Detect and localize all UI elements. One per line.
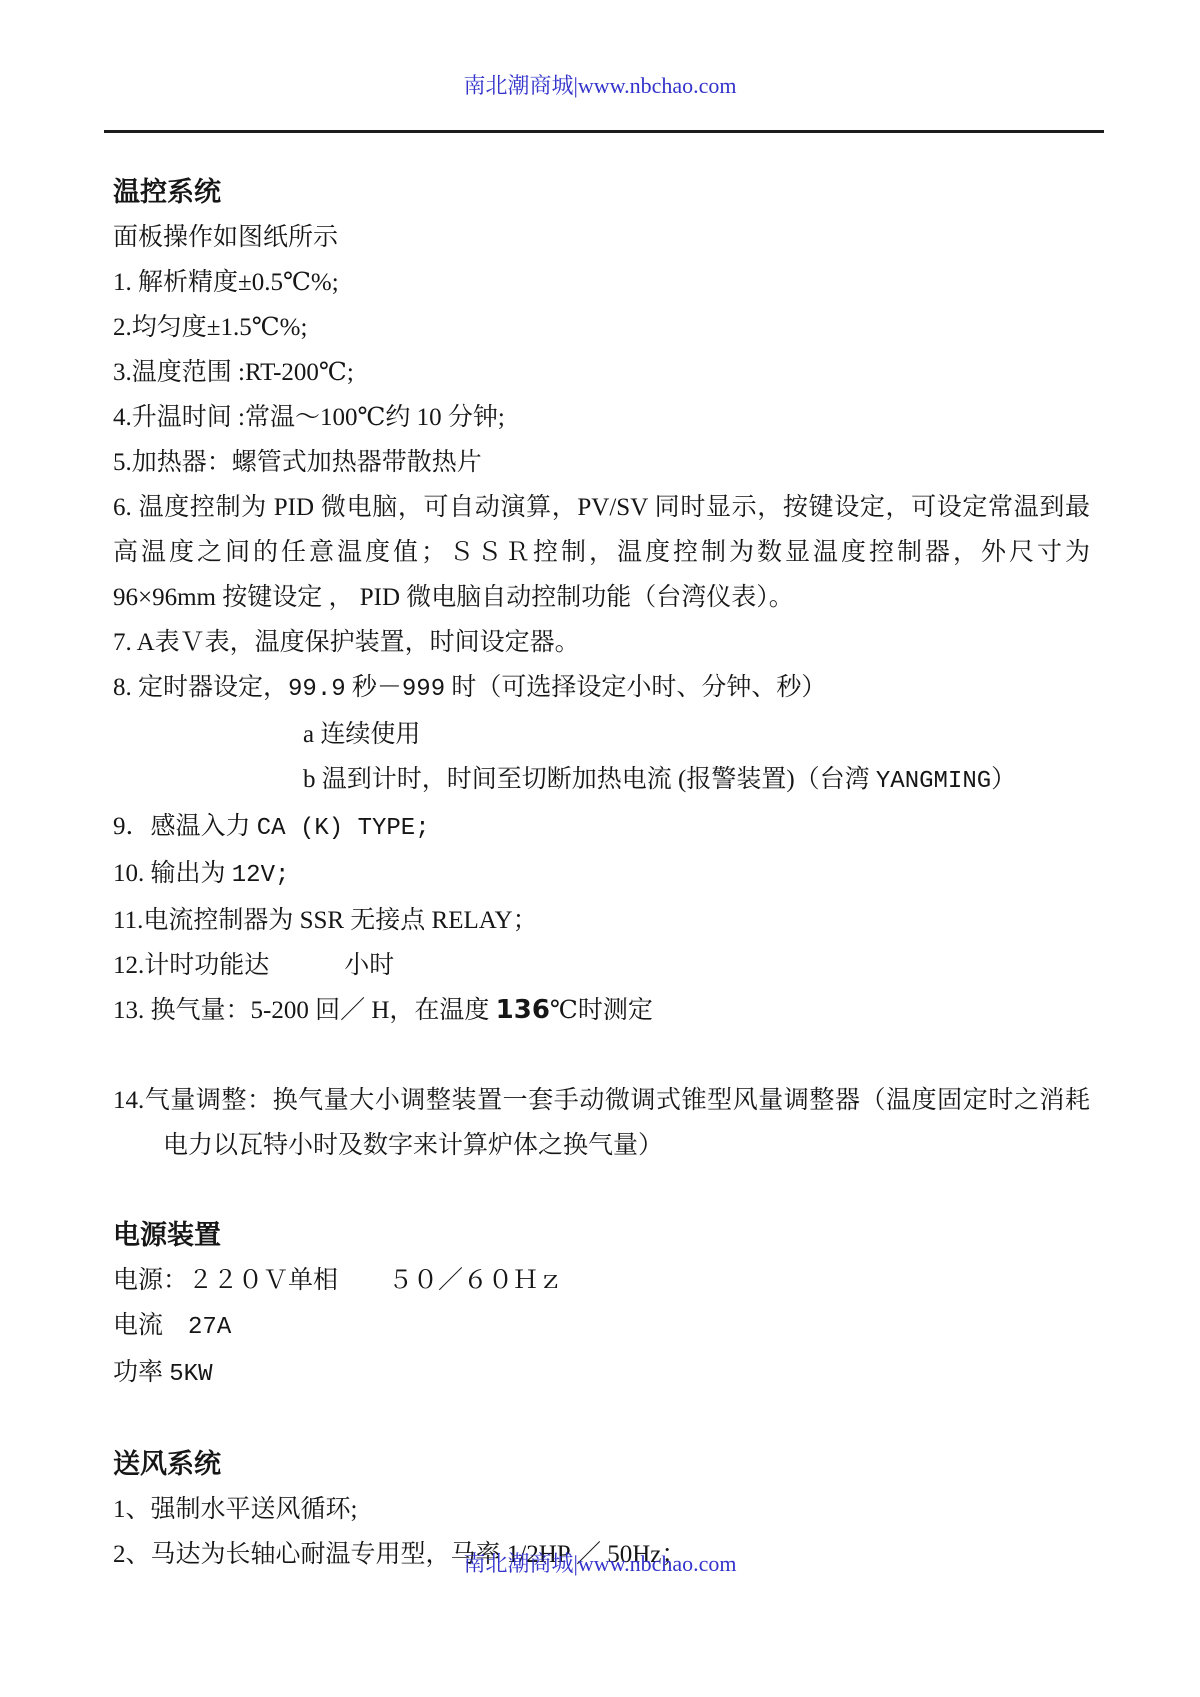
section-title-temp-control: 温控系统 bbox=[113, 170, 1090, 215]
power-value: 5KW bbox=[169, 1361, 212, 1388]
spec-item-14: 14.气量调整：换气量大小调整装置一套手动微调式锥型风量调整器（温度固定时之消耗… bbox=[113, 1078, 1090, 1168]
text-run: 8. 定时器设定， bbox=[113, 674, 288, 701]
page-header: 南北潮商城|www.nbchao.com bbox=[0, 72, 1200, 100]
text-run: ） bbox=[991, 766, 1016, 793]
spec-item-10: 10. 输出为 12V; bbox=[113, 851, 1090, 898]
section-title-power: 电源装置 bbox=[113, 1213, 1090, 1258]
text-run: b 温到计时，时间至切断加热电流 (报警装置)（台湾 bbox=[303, 766, 876, 793]
document-page: 南北潮商城|www.nbchao.com 温控系统 面板操作如图纸所示 1. 解… bbox=[0, 0, 1200, 1697]
spec-item-8b: b 温到计时，时间至切断加热电流 (报警装置)（台湾 YANGMING） bbox=[113, 757, 1090, 804]
header-divider bbox=[104, 130, 1104, 133]
spec-item-8: 8. 定时器设定，99.9 秒－999 时（可选择设定小时、分钟、秒） bbox=[113, 665, 1090, 712]
spec-item-11: 11.电流控制器为 SSR 无接点 RELAY； bbox=[113, 898, 1090, 943]
power-line-current: 电流 27A bbox=[113, 1303, 1090, 1350]
brand-name: YANGMING bbox=[876, 768, 991, 795]
spec-item-1: 1. 解析精度±0.5℃%; bbox=[113, 260, 1090, 305]
text-run: 13. 换气量：5-200 回／ H，在温度 bbox=[113, 997, 496, 1024]
spec-item-12: 12.计时功能达 小时 bbox=[113, 943, 1090, 988]
header-site-link[interactable]: 南北潮商城|www.nbchao.com bbox=[463, 73, 736, 98]
text-run: 电流 bbox=[113, 1312, 188, 1339]
intro-line: 面板操作如图纸所示 bbox=[113, 215, 1090, 260]
air-line-1: 1、强制水平送风循环; bbox=[113, 1487, 1090, 1532]
spec-item-9: 9．感温入力 CA (K) TYPE; bbox=[113, 804, 1090, 851]
spec-item-4: 4.升温时间 :常温～100℃约 10 分钟; bbox=[113, 395, 1090, 440]
text-run: 时（可选择设定小时、分钟、秒） bbox=[445, 674, 826, 701]
blank-line bbox=[113, 1397, 1090, 1442]
text-run: 9．感温入力 bbox=[113, 813, 257, 840]
text-run: ℃时测定 bbox=[550, 997, 653, 1024]
document-body: 温控系统 面板操作如图纸所示 1. 解析精度±0.5℃%; 2.均匀度±1.5℃… bbox=[113, 170, 1090, 1577]
spec-item-6: 6. 温度控制为 PID 微电脑，可自动演算，PV/SV 同时显示，按键设定，可… bbox=[113, 485, 1090, 620]
text-run: 秒－ bbox=[346, 674, 402, 701]
page-footer: 南北潮商城|www.nbchao.com bbox=[0, 1550, 1200, 1578]
sensor-type-value: CA (K) TYPE; bbox=[257, 815, 430, 842]
spec-item-7: 7. A表Ｖ表，温度保护装置，时间设定器。 bbox=[113, 620, 1090, 665]
blank-line bbox=[113, 1168, 1090, 1213]
spec-item-2: 2.均匀度±1.5℃%; bbox=[113, 305, 1090, 350]
current-value: 27A bbox=[188, 1314, 231, 1341]
test-temperature-value: 136 bbox=[496, 995, 550, 1025]
power-line-wattage: 功率 5KW bbox=[113, 1350, 1090, 1397]
spec-item-8a: a 连续使用 bbox=[113, 712, 1090, 757]
section-title-air-supply: 送风系统 bbox=[113, 1442, 1090, 1487]
footer-site-link[interactable]: 南北潮商城|www.nbchao.com bbox=[463, 1551, 736, 1576]
blank-line bbox=[113, 1033, 1090, 1078]
spec-item-3: 3.温度范围 :RT-200℃; bbox=[113, 350, 1090, 395]
output-voltage-value: 12V; bbox=[232, 862, 290, 889]
spec-item-13: 13. 换气量：5-200 回／ H，在温度 136℃时测定 bbox=[113, 988, 1090, 1033]
timer-value-hours: 999 bbox=[402, 676, 445, 703]
text-run: 10. 输出为 bbox=[113, 860, 232, 887]
power-line-voltage: 电源：２２０Ｖ单相 ５０／６０Ｈｚ bbox=[113, 1258, 1090, 1303]
timer-value-seconds: 99.9 bbox=[288, 676, 346, 703]
text-run: 功率 bbox=[113, 1359, 169, 1386]
spec-item-5: 5.加热器：螺管式加热器带散热片 bbox=[113, 440, 1090, 485]
